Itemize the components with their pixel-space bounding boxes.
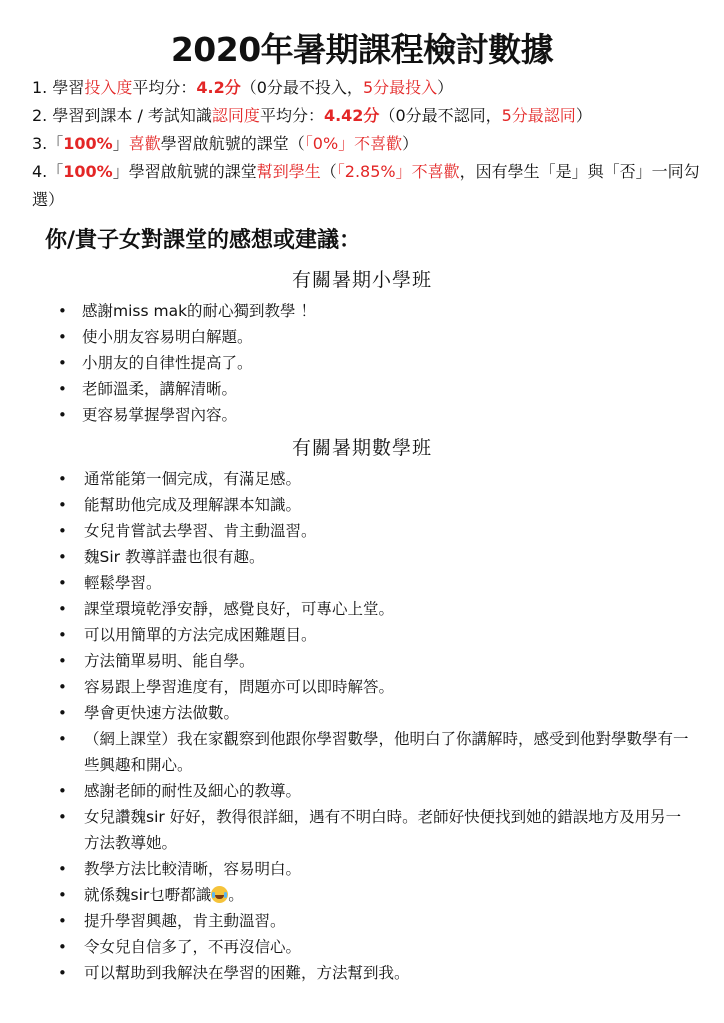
list-item-text: 小朋友的自律性提高了。 (82, 354, 253, 372)
list-item-text: 學會更快速方法做數。 (84, 704, 239, 722)
feedback-list-math: •通常能第一個完成，有滿足感。 •能幫助他完成及理解課本知識。 •女兒肯嘗試去學… (56, 466, 696, 986)
bullet-icon: • (58, 700, 67, 726)
stat-item-recognition: 2. 學習到課本 / 考試知識認同度平均分：4.42分（0分最不認同，5分最認同… (32, 102, 702, 130)
stat-highlight: 5分最投入 (363, 78, 437, 97)
bullet-icon: • (58, 492, 67, 518)
stat-text: 學習 (47, 78, 84, 97)
stat-highlight: 「0%」不喜歡 (305, 134, 402, 153)
stat-text: ） (402, 134, 418, 153)
bullet-icon: • (58, 934, 67, 960)
list-item: •容易跟上學習進度有，問題亦可以即時解答。 (56, 674, 696, 700)
bullet-icon: • (58, 648, 67, 674)
bullet-icon: • (58, 518, 67, 544)
document-page: 2020年暑期課程檢討數據 1. 學習投入度平均分：4.2分（0分最不投入，5分… (0, 0, 724, 1023)
list-item-text: 魏Sir 教導詳盡也很有趣。 (84, 548, 264, 566)
stat-number: 1. (32, 78, 47, 97)
list-item-text: 令女兒自信多了，不再沒信心。 (84, 938, 301, 956)
bullet-icon: • (58, 726, 67, 752)
list-item: •魏Sir 教導詳盡也很有趣。 (56, 544, 696, 570)
stat-number: 2. (32, 106, 47, 125)
list-item-text: 就係魏sir乜嘢都識 (84, 886, 211, 904)
stats-list: 1. 學習投入度平均分：4.2分（0分最不投入，5分最投入） 2. 學習到課本 … (32, 74, 702, 214)
bullet-icon: • (58, 856, 67, 882)
stat-item-engagement: 1. 學習投入度平均分：4.2分（0分最不投入，5分最投入） (32, 74, 702, 102)
stat-highlight: 「2.85%」不喜歡 (337, 162, 460, 181)
list-item-text: 女兒肯嘗試去學習、肯主動溫習。 (84, 522, 317, 540)
list-item-text: 能幫助他完成及理解課本知識。 (84, 496, 301, 514)
stat-text: 平均分： (132, 78, 196, 97)
stat-score: 4.42分 (324, 106, 379, 125)
laughing-tears-emoji-icon (211, 886, 228, 903)
feedback-heading: 你/貴子女對課堂的感想或建議： (45, 226, 361, 256)
list-item-text: 課堂環境乾淨安靜，感覺良好，可專心上堂。 (84, 600, 394, 618)
stat-text: ） (437, 78, 453, 97)
bullet-icon: • (58, 622, 67, 648)
list-item: •可以用簡單的方法完成困難題目。 (56, 622, 696, 648)
list-item-text: 容易跟上學習進度有，問題亦可以即時解答。 (84, 678, 394, 696)
list-item-text: 可以幫助到我解決在學習的困難，方法幫到我。 (84, 964, 410, 982)
list-item-text: 使小朋友容易明白解題。 (82, 328, 253, 346)
bullet-icon: • (58, 376, 67, 402)
bullet-icon: • (58, 804, 67, 830)
bullet-icon: • (58, 596, 67, 622)
list-item-text: 方法簡單易明、能自學。 (84, 652, 255, 670)
list-item-text: 更容易掌握學習內容。 (82, 406, 237, 424)
bullet-icon: • (58, 544, 67, 570)
list-item-text: 感謝miss mak的耐心獨到教學 ！ (82, 302, 316, 320)
bullet-icon: • (58, 882, 67, 908)
list-item: •女兒讚魏sir 好好，教得很詳細，遇有不明白時。老師好快便找到她的錯誤地方及用… (56, 804, 696, 856)
stat-text: ） (576, 106, 592, 125)
stat-text: 」 (113, 134, 129, 153)
stat-highlight: 5分最認同 (502, 106, 576, 125)
list-item: •使小朋友容易明白解題。 (56, 324, 696, 350)
bullet-icon: • (58, 674, 67, 700)
stat-highlight: 喜歡 (129, 134, 161, 153)
list-item: •提升學習興趣，肯主動溫習。 (56, 908, 696, 934)
stat-highlight: 投入度 (84, 78, 132, 97)
stat-highlight: 認同度 (212, 106, 260, 125)
bullet-icon: • (58, 466, 67, 492)
list-item: •（網上課堂）我在家觀察到他跟你學習數學，他明白了你講解時，感受到他對學數學有一… (56, 726, 696, 778)
list-item: •教學方法比較清晰，容易明白。 (56, 856, 696, 882)
list-item-text: 。 (228, 886, 244, 904)
stat-percent: 100% (63, 134, 112, 153)
list-item-text: 感謝老師的耐性及細心的教導。 (84, 782, 301, 800)
bullet-icon: • (58, 324, 67, 350)
bullet-icon: • (58, 960, 67, 986)
stat-number: 3. (32, 134, 47, 153)
stat-text: （ (321, 162, 337, 181)
stat-text: （0分最不投入， (241, 78, 363, 97)
list-item: •通常能第一個完成，有滿足感。 (56, 466, 696, 492)
list-item: •可以幫助到我解決在學習的困難，方法幫到我。 (56, 960, 696, 986)
stat-score: 4.2分 (196, 78, 240, 97)
list-item-text: 輕鬆學習。 (84, 574, 162, 592)
stat-highlight: 幫到學生 (257, 162, 321, 181)
list-item: •感謝老師的耐性及細心的教導。 (56, 778, 696, 804)
list-item-text: 老師溫柔，講解清晰。 (82, 380, 237, 398)
list-item: •更容易掌握學習內容。 (56, 402, 696, 428)
list-item: •令女兒自信多了，不再沒信心。 (56, 934, 696, 960)
list-item-text: 通常能第一個完成，有滿足感。 (84, 470, 301, 488)
bullet-icon: • (58, 570, 67, 596)
list-item: •小朋友的自律性提高了。 (56, 350, 696, 376)
stat-text: 」學習啟航號的課堂 (113, 162, 257, 181)
stat-text: （0分最不認同， (379, 106, 501, 125)
stat-text: 「 (47, 162, 63, 181)
list-item: •女兒肯嘗試去學習、肯主動溫習。 (56, 518, 696, 544)
list-item: •能幫助他完成及理解課本知識。 (56, 492, 696, 518)
list-item-text: 女兒讚魏sir 好好，教得很詳細，遇有不明白時。老師好快便找到她的錯誤地方及用另… (84, 808, 681, 852)
list-item: •學會更快速方法做數。 (56, 700, 696, 726)
list-item: •輕鬆學習。 (56, 570, 696, 596)
stat-item-helpful: 4.「100%」學習啟航號的課堂幫到學生（「2.85%」不喜歡，因有學生「是」與… (32, 158, 702, 214)
stat-text: 「 (47, 134, 63, 153)
list-item-text: 提升學習興趣，肯主動溫習。 (84, 912, 286, 930)
list-item: •方法簡單易明、能自學。 (56, 648, 696, 674)
bullet-icon: • (58, 402, 67, 428)
list-item: •課堂環境乾淨安靜，感覺良好，可專心上堂。 (56, 596, 696, 622)
stat-text: 平均分： (260, 106, 324, 125)
list-item-text: 可以用簡單的方法完成困難題目。 (84, 626, 317, 644)
section-title-math: 有關暑期數學班 (0, 434, 724, 462)
bullet-icon: • (58, 350, 67, 376)
bullet-icon: • (58, 908, 67, 934)
stat-item-like: 3.「100%」喜歡學習啟航號的課堂（「0%」不喜歡） (32, 130, 702, 158)
list-item: •就係魏sir乜嘢都識。 (56, 882, 696, 908)
stat-text: 學習啟航號的課堂（ (161, 134, 305, 153)
stat-text: 學習到課本 / 考試知識 (47, 106, 212, 125)
list-item-text: （網上課堂）我在家觀察到他跟你學習數學，他明白了你講解時，感受到他對學數學有一些… (84, 730, 689, 774)
list-item: •感謝miss mak的耐心獨到教學 ！ (56, 298, 696, 324)
bullet-icon: • (58, 778, 67, 804)
stat-percent: 100% (63, 162, 112, 181)
stat-number: 4. (32, 162, 47, 181)
list-item: •老師溫柔，講解清晰。 (56, 376, 696, 402)
bullet-icon: • (58, 298, 67, 324)
section-title-primary: 有關暑期小學班 (0, 266, 724, 294)
page-title: 2020年暑期課程檢討數據 (0, 30, 724, 70)
list-item-text: 教學方法比較清晰，容易明白。 (84, 860, 301, 878)
feedback-list-primary: •感謝miss mak的耐心獨到教學 ！ •使小朋友容易明白解題。 •小朋友的自… (56, 298, 696, 428)
